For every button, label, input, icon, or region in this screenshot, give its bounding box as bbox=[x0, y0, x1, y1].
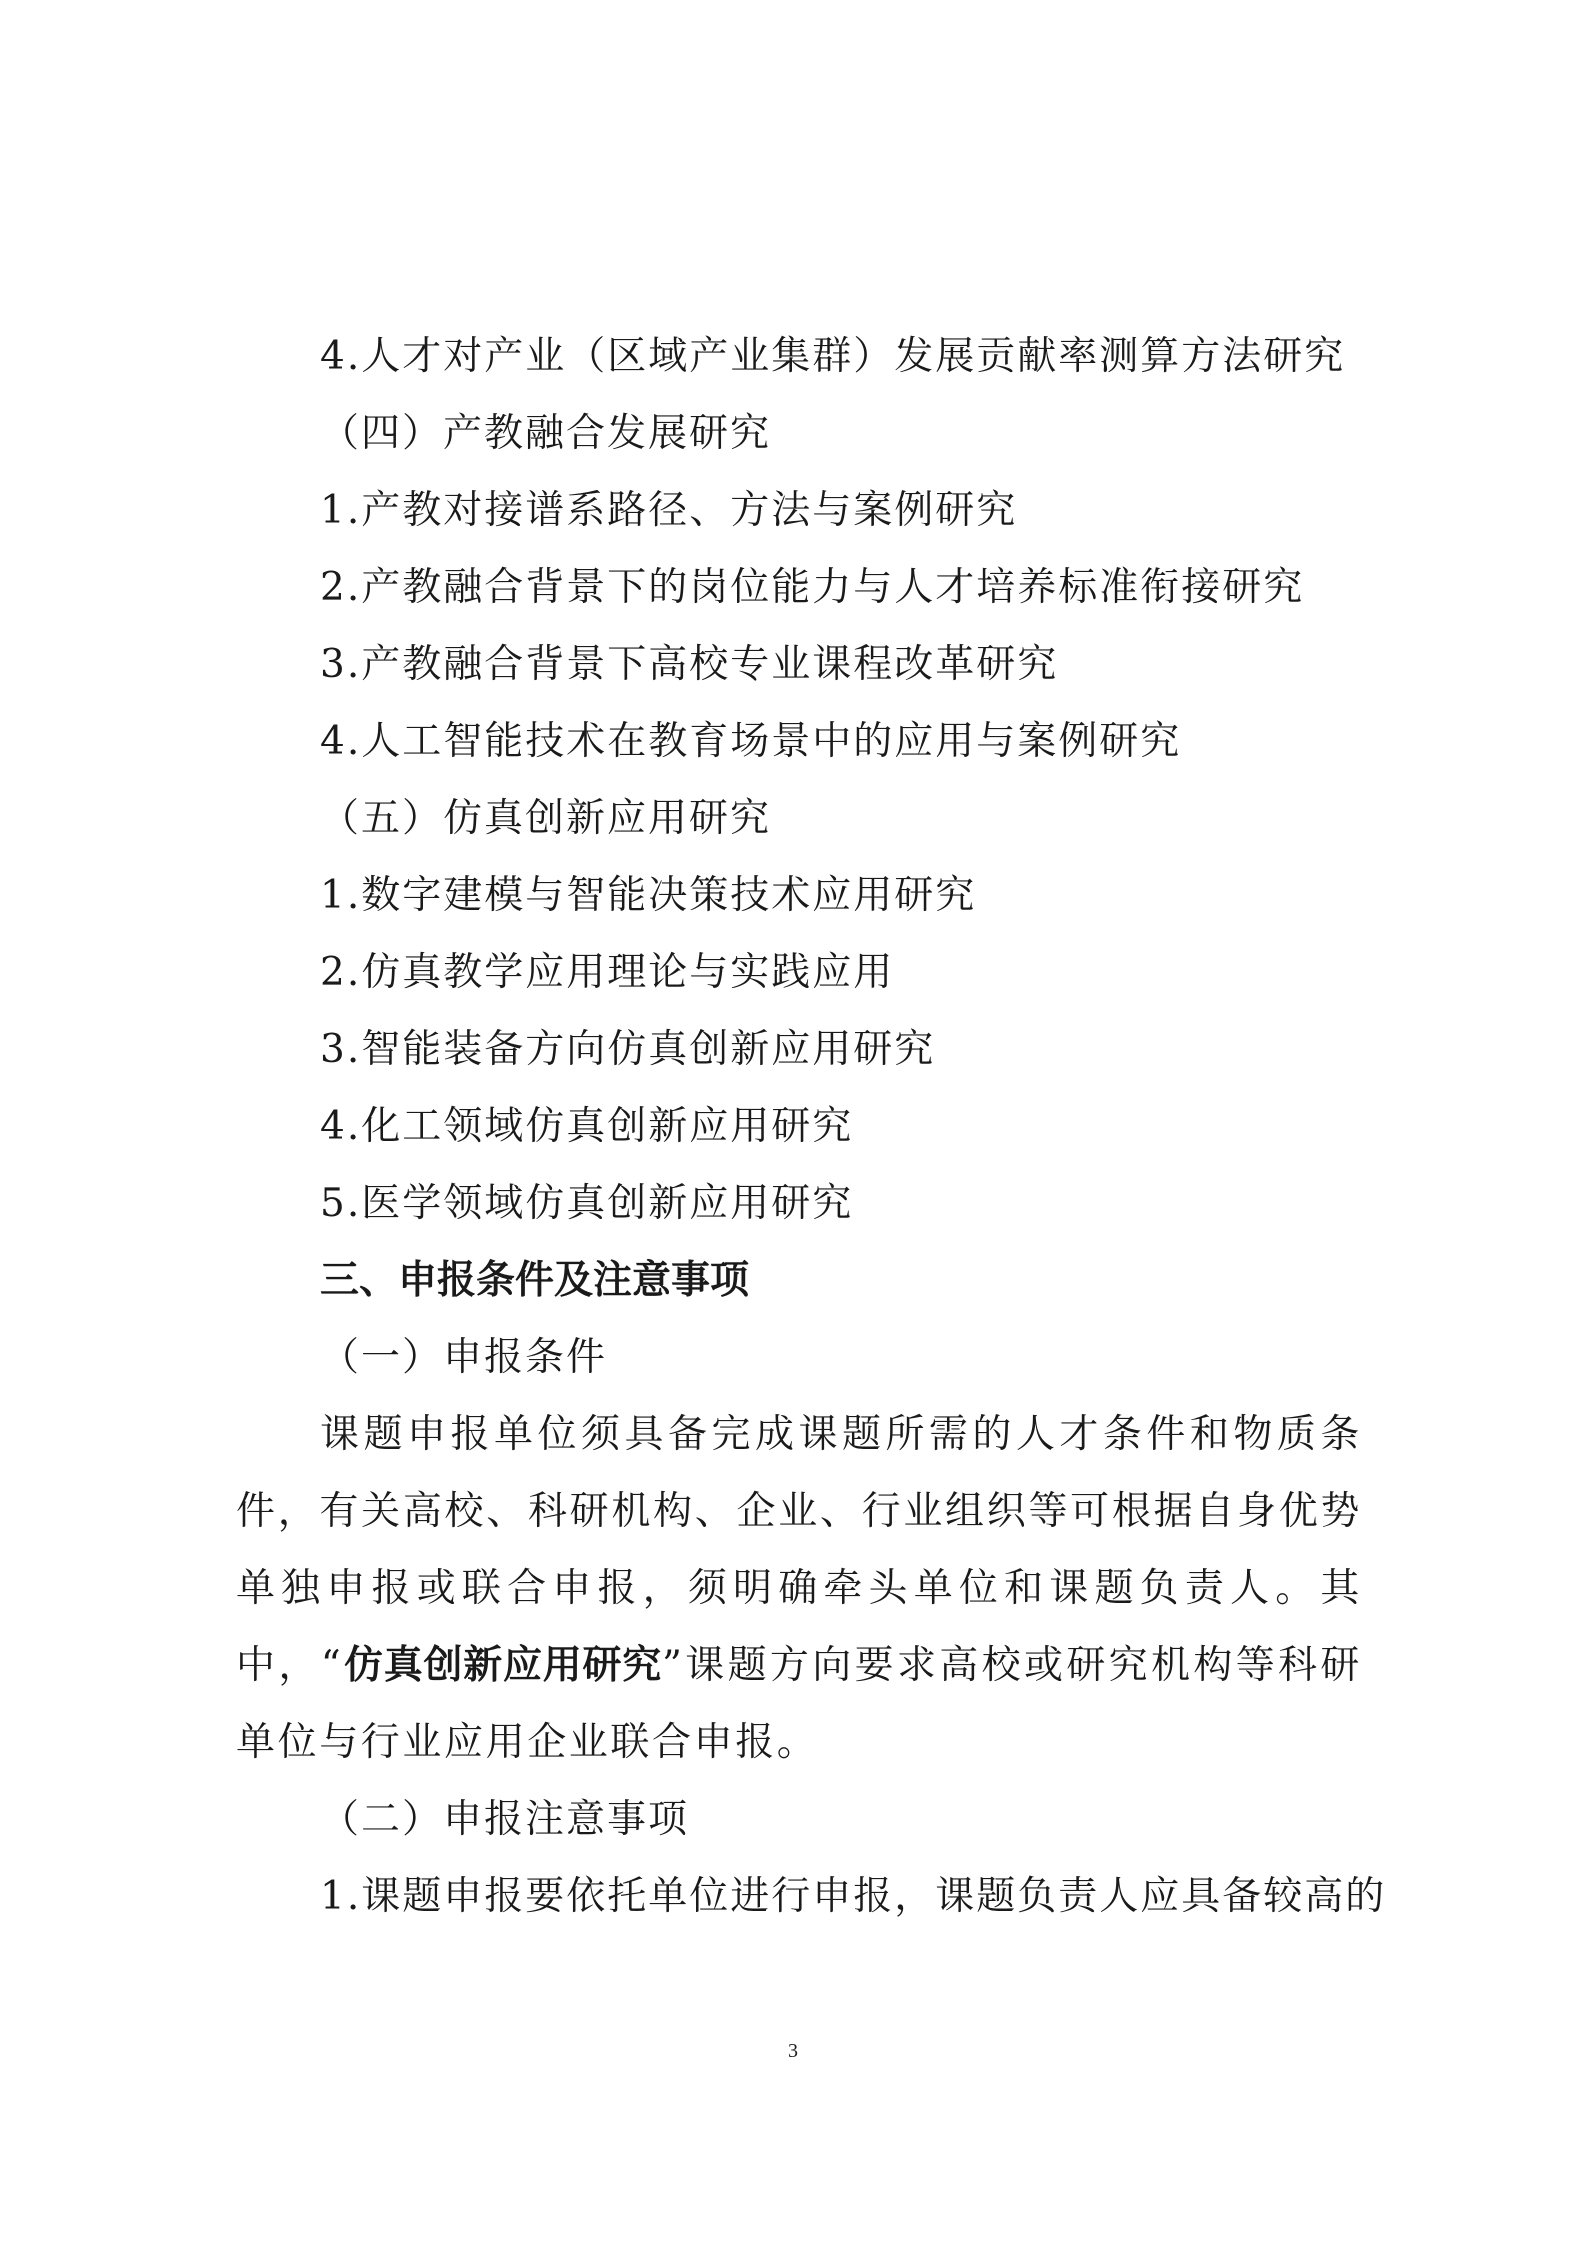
research-topic-item: 2.产教融合背景下的岗位能力与人才培养标准衔接研究 bbox=[236, 549, 1362, 626]
conditions-bold-topic: 仿真创新应用研究 bbox=[343, 1643, 662, 1688]
subsection-heading-four: （四）产教融合发展研究 bbox=[236, 395, 1362, 472]
section-heading-three: 三、申报条件及注意事项 bbox=[236, 1242, 1362, 1319]
research-topic-item: 1.数字建模与智能决策技术应用研究 bbox=[236, 857, 1362, 934]
research-topic-item: 4.化工领域仿真创新应用研究 bbox=[236, 1088, 1362, 1165]
research-topic-item: 1.产教对接谱系路径、方法与案例研究 bbox=[236, 472, 1362, 549]
subsection-heading-five: （五）仿真创新应用研究 bbox=[236, 780, 1362, 857]
research-topic-item: 3.产教融合背景下高校专业课程改革研究 bbox=[236, 626, 1362, 703]
research-topic-item: 4.人工智能技术在教育场景中的应用与案例研究 bbox=[236, 703, 1362, 780]
research-topic-item: 2.仿真教学应用理论与实践应用 bbox=[236, 934, 1362, 1011]
document-page: 4.人才对产业（区域产业集群）发展贡献率测算方法研究 （四）产教融合发展研究 1… bbox=[0, 0, 1586, 2244]
subsection-heading-notices: （二）申报注意事项 bbox=[236, 1781, 1362, 1858]
notice-item: 1.课题申报要依托单位进行申报，课题负责人应具备较高的 bbox=[236, 1858, 1362, 1935]
research-topic-item: 5.医学领域仿真创新应用研究 bbox=[236, 1165, 1362, 1242]
subsection-heading-conditions: （一）申报条件 bbox=[236, 1319, 1362, 1396]
research-topic-item: 4.人才对产业（区域产业集群）发展贡献率测算方法研究 bbox=[236, 318, 1362, 395]
page-number: 3 bbox=[0, 2040, 1586, 2063]
research-topic-item: 3.智能装备方向仿真创新应用研究 bbox=[236, 1011, 1362, 1088]
page-content: 4.人才对产业（区域产业集群）发展贡献率测算方法研究 （四）产教融合发展研究 1… bbox=[236, 318, 1362, 1935]
conditions-paragraph: 课题申报单位须具备完成课题所需的人才条件和物质条件，有关高校、科研机构、企业、行… bbox=[236, 1396, 1362, 1781]
